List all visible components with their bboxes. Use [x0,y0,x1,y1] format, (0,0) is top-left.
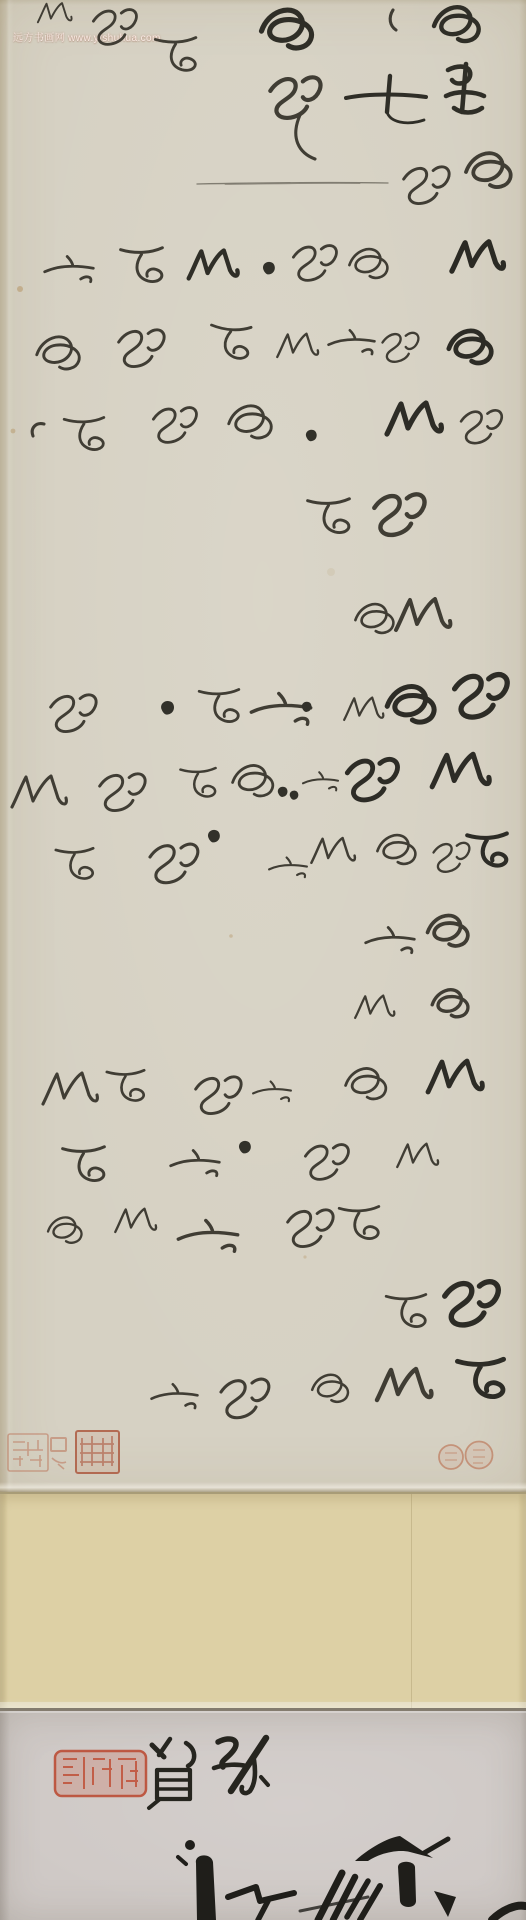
ink-cluster-pair-4 [355,990,468,1018]
ink-band-10 [152,1359,504,1417]
ink-band-9 [48,1207,379,1252]
signature-char-xu [214,1738,268,1793]
signature-brushwork [149,1738,268,1808]
ink-cluster-top [38,3,479,159]
paper-stains [11,286,335,1259]
ink-cluster-pair-3 [366,915,468,952]
ink-band-3 [32,403,502,450]
calligraphy-scroll: 远方书画网 www.yfshuhua.com [0,0,526,1920]
signature-char-wei [149,1739,194,1808]
large-brush-strokes [178,1836,525,1920]
ink-band-5 [12,754,489,810]
paper-crease [411,1494,412,1708]
collector-seal-square [76,1431,119,1473]
ink-band-7 [43,1061,482,1114]
cursive-ink-artwork [0,0,526,1492]
colophon-artwork [0,1711,526,1920]
collector-seal-gourd-pair [439,1442,493,1470]
ink-cluster-right-column [346,64,484,123]
main-calligraphy-panel: 远方书画网 www.yfshuhua.com [0,0,526,1492]
ink-cluster-pair-1 [308,494,425,535]
ink-cluster-loops-line [197,153,511,203]
ink-band-2 [37,323,491,369]
colophon-panel: 徐渭 [0,1708,526,1920]
ink-cluster-pair-5 [386,1282,498,1327]
ink-band-4 [51,675,508,732]
artist-seal [55,1751,146,1796]
mounting-band [0,1492,526,1708]
ink-cluster-pair-2 [355,599,450,633]
ink-band-8 [63,1141,438,1181]
ink-band-1 [45,242,504,282]
ink-band-6 [56,830,507,883]
collector-seal-faded [8,1434,66,1471]
